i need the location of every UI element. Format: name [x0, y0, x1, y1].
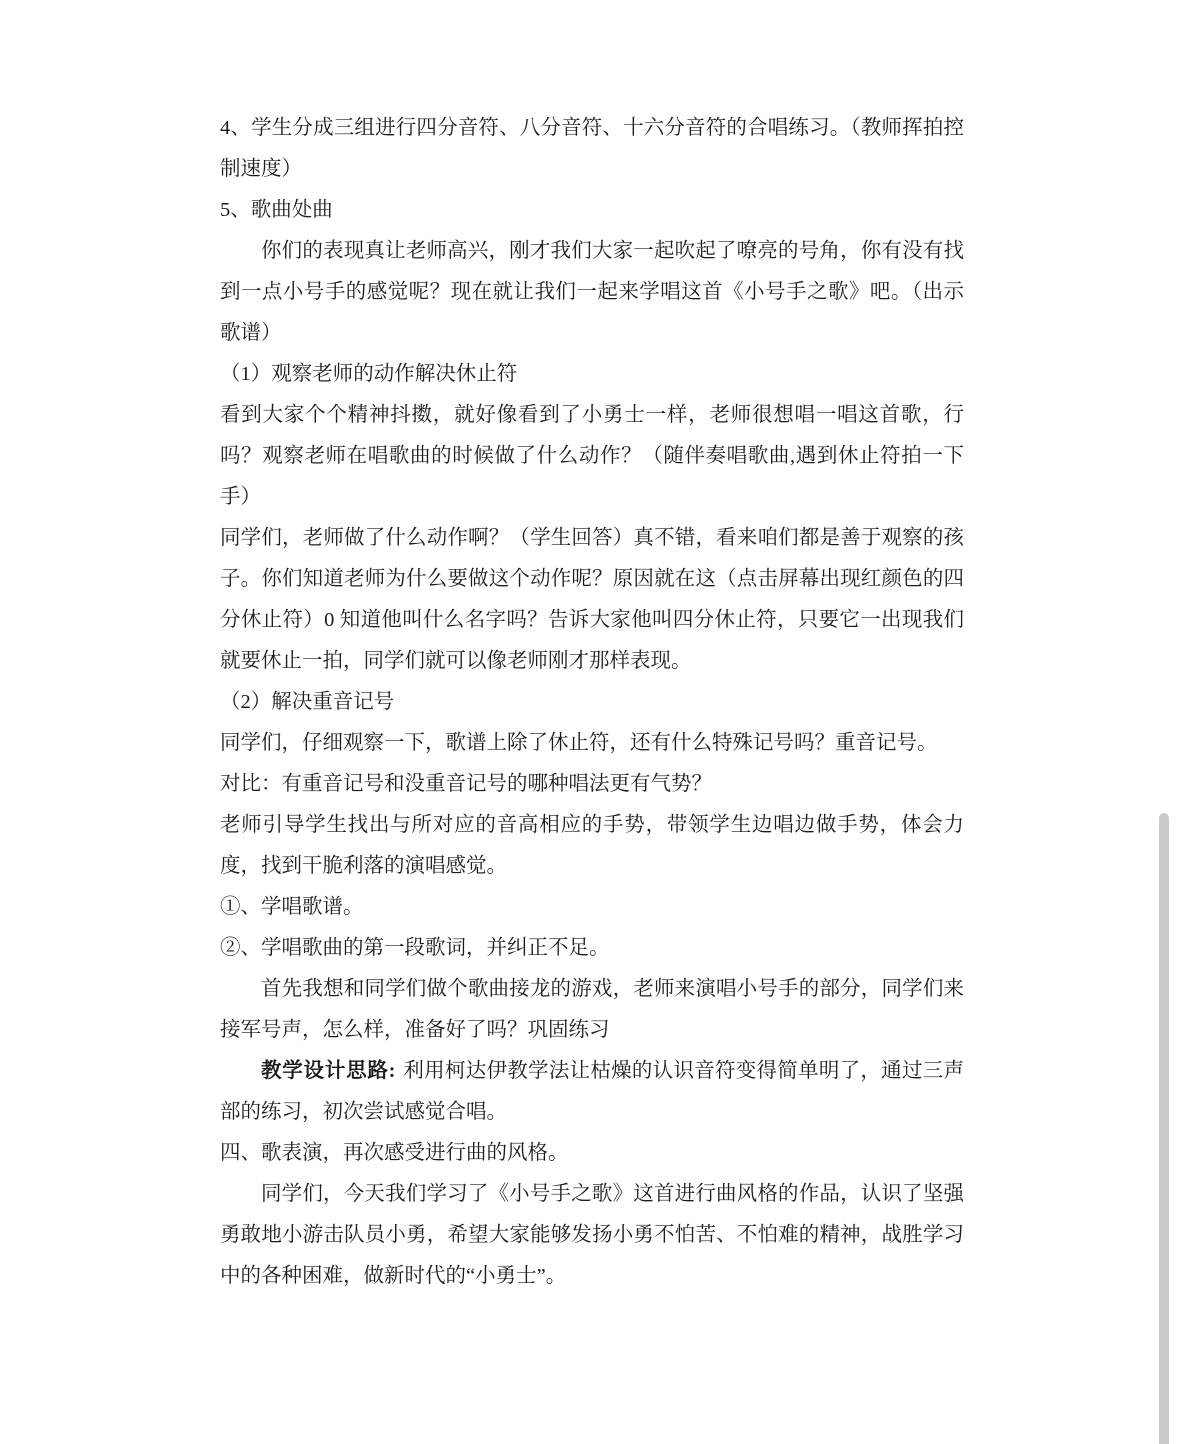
- para-song-relay: 首先我想和同学们做个歌曲接龙的游戏，老师来演唱小号手的部分，同学们来接军号声，怎…: [220, 969, 964, 1051]
- para-song-processing-heading: 5、歌曲处曲: [220, 190, 964, 231]
- para-section4-heading: 四、歌表演，再次感受进行曲的风格。: [220, 1133, 964, 1174]
- design-note-label: 教学设计思路:: [261, 1060, 396, 1082]
- para-accent-mark: 同学们，仔细观察一下，歌谱上除了休止符，还有什么特殊记号吗？重音记号。: [220, 723, 964, 764]
- para-song-intro: 你们的表现真让老师高兴，刚才我们大家一起吹起了嘹亮的号角，你有没有找到一点小号手…: [220, 231, 964, 354]
- document-content: 4、学生分成三组进行四分音符、八分音符、十六分音符的合唱练习。（教师挥拍控制速度…: [220, 108, 964, 1297]
- para-compare-singing: 对比：有重音记号和没重音记号的哪种唱法更有气势？: [220, 764, 964, 805]
- para-hand-signs: 老师引导学生找出与所对应的音高相应的手势，带领学生边唱边做手势，体会力度，找到干…: [220, 805, 964, 887]
- para-group-practice: 4、学生分成三组进行四分音符、八分音符、十六分音符的合唱练习。（教师挥拍控制速度…: [220, 108, 964, 190]
- para-learn-lyrics: ②、学唱歌曲的第一段歌词，并纠正不足。: [220, 928, 964, 969]
- document-page: { "page": { "background": "#ffffff", "te…: [0, 0, 1179, 1444]
- para-summary: 同学们，今天我们学习了《小号手之歌》这首进行曲风格的作品，认识了坚强勇敢地小游击…: [220, 1174, 964, 1297]
- scrollbar-thumb[interactable]: [1159, 813, 1169, 1444]
- para-design-note: 教学设计思路:利用柯达伊教学法让枯燥的认识音符变得简单明了，通过三声部的练习，初…: [220, 1051, 964, 1133]
- para-quarter-rest: 同学们，老师做了什么动作啊？（学生回答）真不错，看来咱们都是善于观察的孩子。你们…: [220, 518, 964, 682]
- para-sub2-heading: （2）解决重音记号: [220, 682, 964, 723]
- para-learn-score: ①、学唱歌谱。: [220, 887, 964, 928]
- para-sub1-heading: （1）观察老师的动作解决休止符: [220, 354, 964, 395]
- para-observe-teacher: 看到大家个个精神抖擞，就好像看到了小勇士一样，老师很想唱一唱这首歌，行吗？观察老…: [220, 395, 964, 518]
